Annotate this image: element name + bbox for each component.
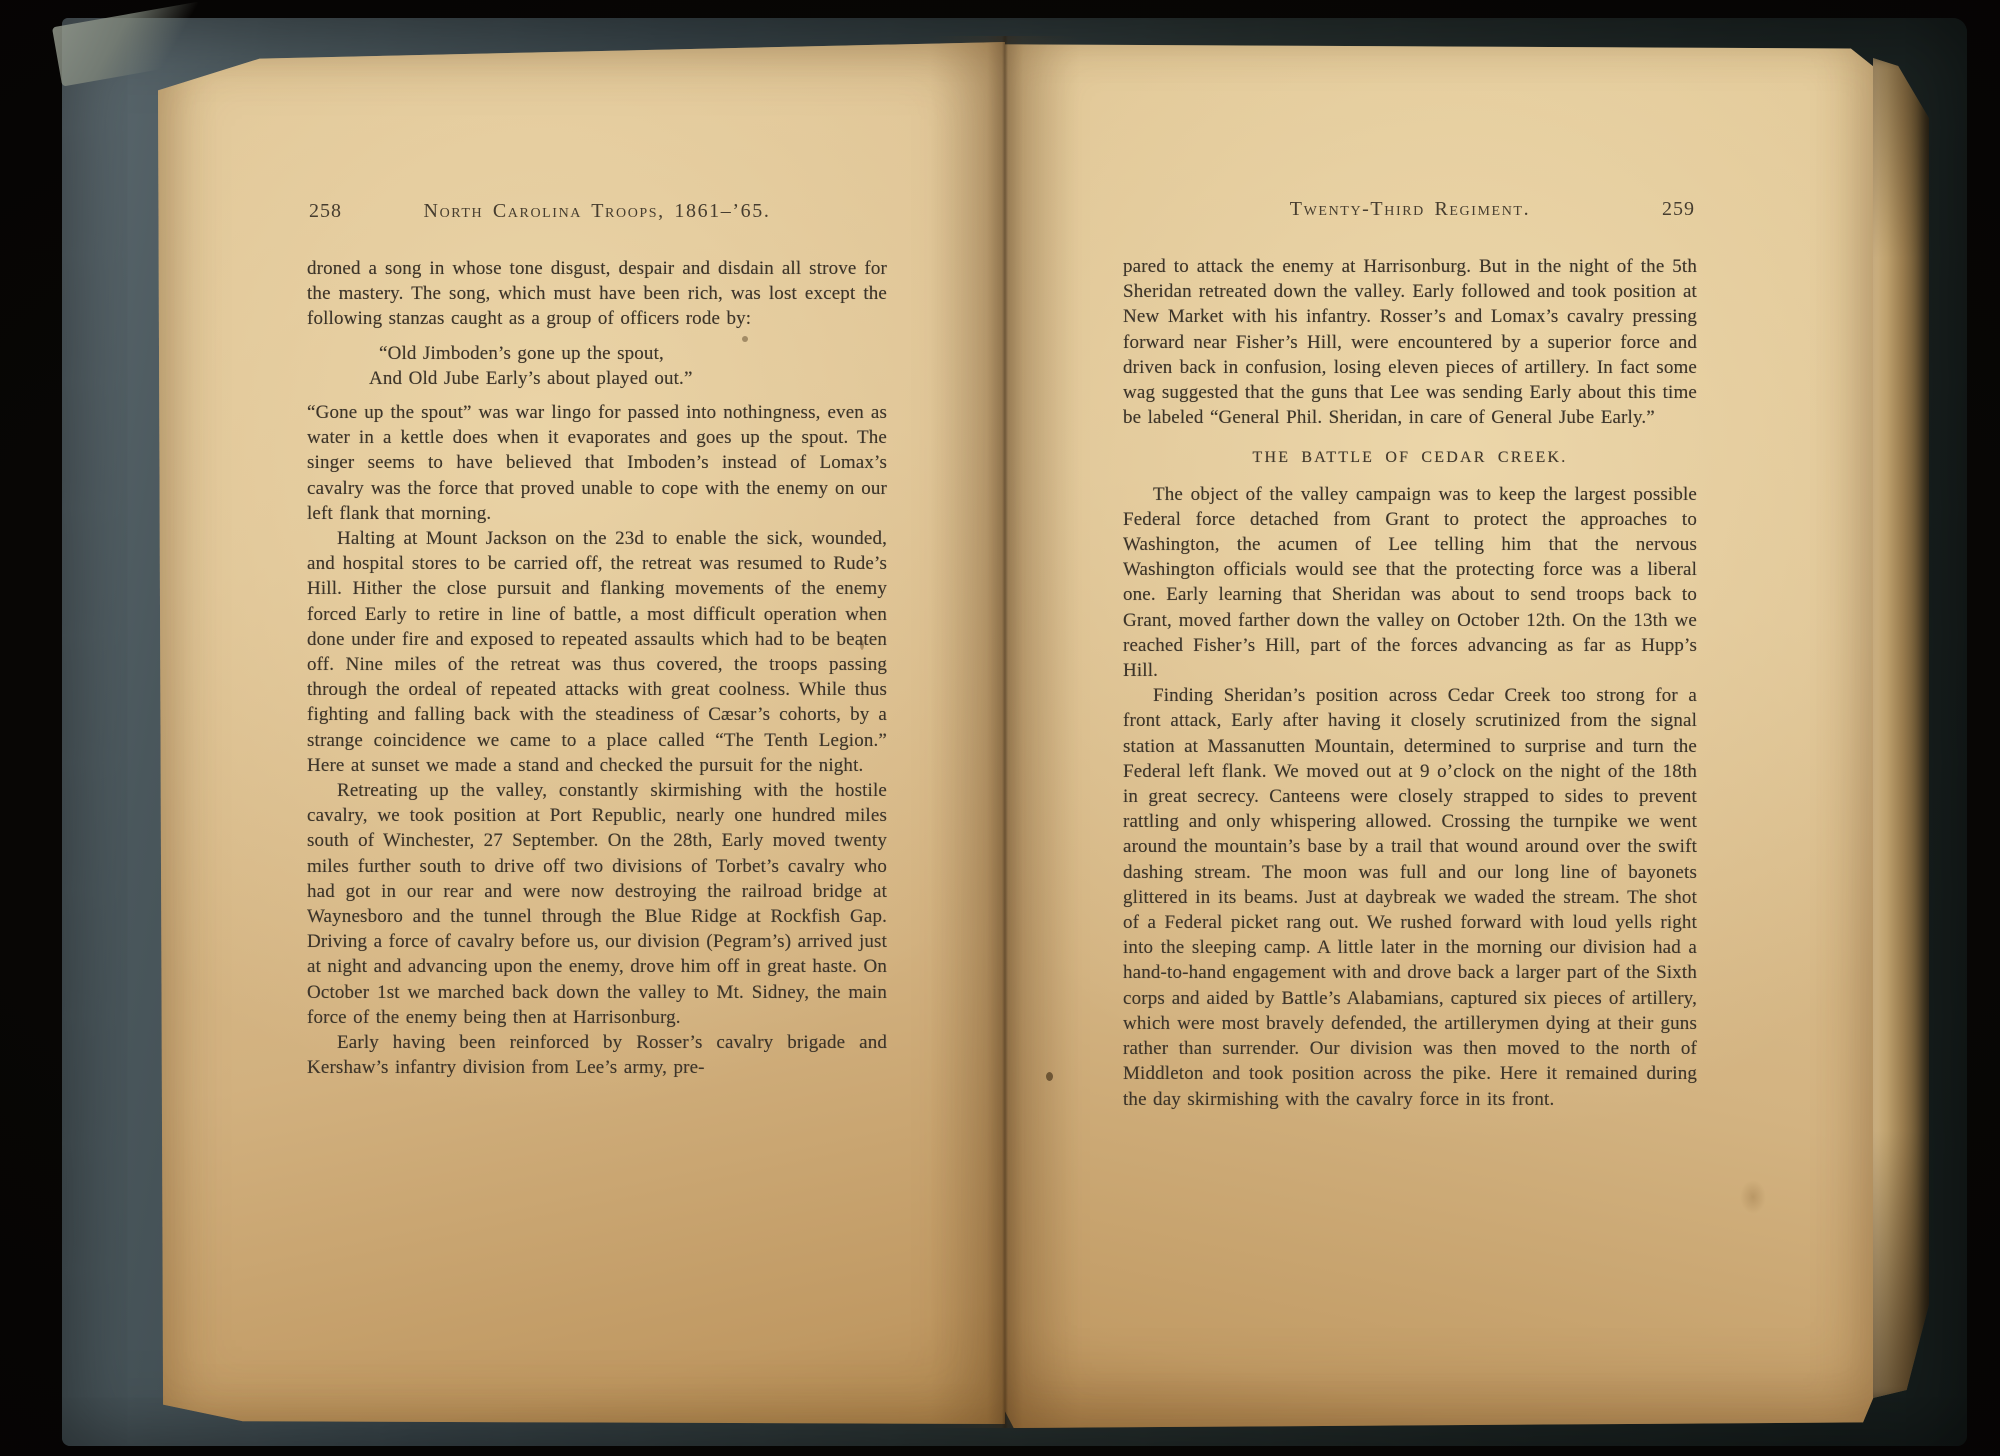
- paragraph: Halting at Mount Jackson on the 23d to e…: [307, 526, 887, 778]
- right-fore-edge: [1873, 58, 1929, 1398]
- section-heading: THE BATTLE OF CEDAR CREEK.: [1123, 445, 1697, 470]
- right-page: Twenty-Third Regiment. 259 pared to atta…: [1005, 36, 1877, 1428]
- book-scan-photo: 258 North Carolina Troops, 1861–’65. dro…: [0, 0, 2000, 1456]
- right-page-body: pared to attack the enemy at Harrisonbur…: [1123, 254, 1697, 1112]
- left-page-header: 258 North Carolina Troops, 1861–’65.: [307, 200, 887, 223]
- right-running-header: Twenty-Third Regiment.: [1123, 198, 1697, 221]
- left-page-edge-stack: [84, 42, 166, 1414]
- left-page-text-block: 258 North Carolina Troops, 1861–’65. dro…: [307, 42, 887, 1424]
- paragraph: Retreating up the valley, constantly ski…: [307, 778, 887, 1030]
- verse-block: “Old Jimboden’s gone up the spout, And O…: [379, 341, 887, 391]
- right-page-number: 259: [1662, 198, 1695, 221]
- paragraph: The object of the valley campaign was to…: [1123, 482, 1697, 684]
- verse-line: And Old Jube Early’s about played out.”: [369, 366, 887, 391]
- right-page-header: Twenty-Third Regiment. 259: [1123, 198, 1697, 221]
- paragraph: Finding Sheridan’s position across Cedar…: [1123, 683, 1697, 1111]
- left-page-body: droned a song in whose tone disgust, des…: [307, 256, 887, 1081]
- paragraph: Early having been reinforced by Rosser’s…: [307, 1030, 887, 1080]
- left-running-header: North Carolina Troops, 1861–’65.: [307, 200, 887, 223]
- paragraph: “Gone up the spout” was war lingo for pa…: [307, 400, 887, 526]
- paragraph: pared to attack the enemy at Harrisonbur…: [1123, 254, 1697, 430]
- right-page-text-block: Twenty-Third Regiment. 259 pared to atta…: [1123, 36, 1697, 1428]
- left-page: 258 North Carolina Troops, 1861–’65. dro…: [158, 42, 1005, 1424]
- left-page-number: 258: [309, 200, 342, 223]
- paragraph: droned a song in whose tone disgust, des…: [307, 256, 887, 332]
- verse-line: “Old Jimboden’s gone up the spout,: [379, 341, 887, 366]
